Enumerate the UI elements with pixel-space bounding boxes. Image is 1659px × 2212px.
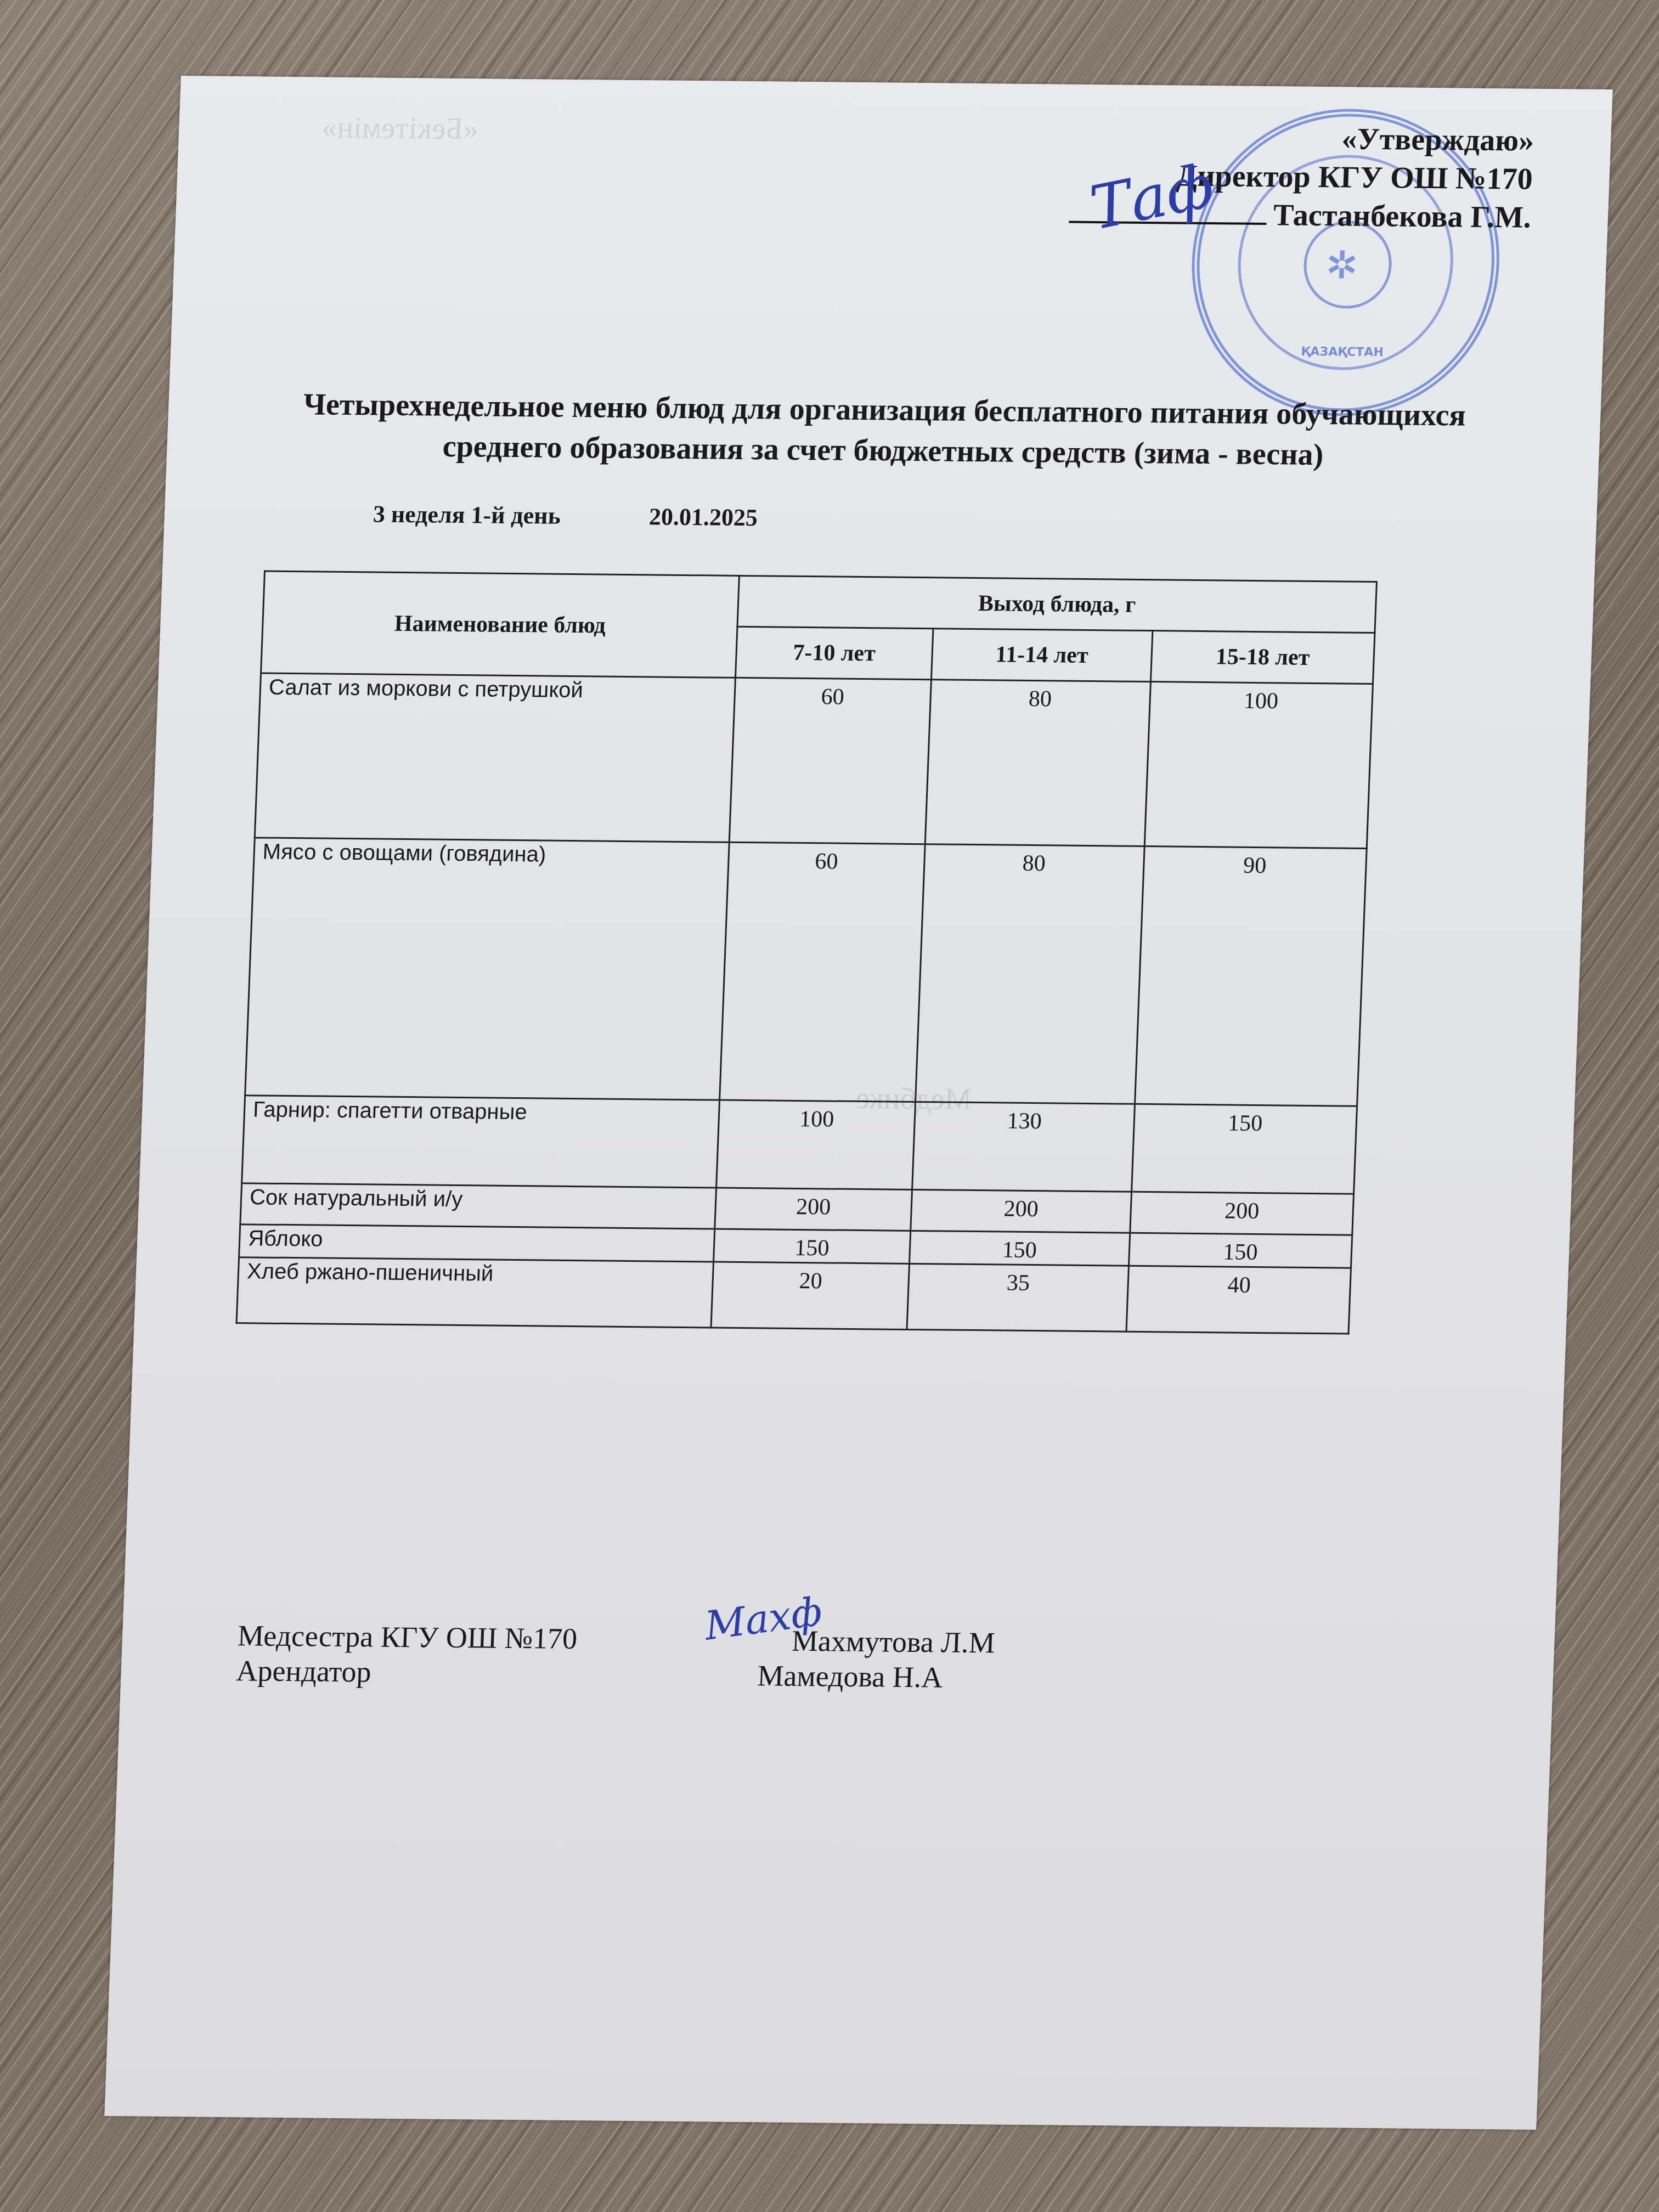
menu-table: Наименование блюд Выход блюда, г 7-10 ле… xyxy=(236,571,1378,1335)
portion-weight: 200 xyxy=(911,1189,1132,1233)
portion-weight: 130 xyxy=(912,1102,1135,1192)
document-title: Четырехнедельное меню блюд для организац… xyxy=(166,383,1601,478)
approval-heading: «Утверждаю» xyxy=(1071,117,1535,160)
portion-weight: 35 xyxy=(907,1263,1128,1331)
nurse-role: Медсестра КГУ ОШ №170 xyxy=(237,1618,666,1657)
portion-weight: 60 xyxy=(729,678,931,844)
bleed-through-text: «Бекітемін» xyxy=(321,110,479,147)
menu-date: 20.01.2025 xyxy=(648,503,758,531)
table-row: Салат из моркови с петрушкой6080100 xyxy=(255,673,1373,848)
portion-weight: 100 xyxy=(1144,682,1373,849)
signature-line xyxy=(1069,199,1267,225)
portion-weight: 80 xyxy=(916,844,1144,1104)
portion-weight: 80 xyxy=(925,680,1150,847)
dish-name: Яблоко xyxy=(239,1224,715,1262)
tenant-name: Мамедова Н.А xyxy=(757,1658,944,1695)
week-day-line: 3 неделя 1-й день 20.01.2025 xyxy=(373,500,758,532)
tenant-role: Арендатор xyxy=(236,1653,758,1693)
column-header-output: Выход блюда, г xyxy=(737,575,1376,633)
portion-weight: 150 xyxy=(1128,1233,1352,1268)
portion-weight: 100 xyxy=(716,1100,916,1189)
week-label: 3 неделя 1-й день xyxy=(373,500,561,529)
dish-name: Хлеб ржано-пшеничный xyxy=(236,1257,713,1328)
portion-weight: 200 xyxy=(1130,1192,1354,1235)
dish-name: Мясо с овощами (говядина) xyxy=(245,838,730,1100)
portion-weight: 40 xyxy=(1126,1266,1351,1334)
portion-weight: 60 xyxy=(720,842,926,1102)
menu-document-page: «Бекітемін» Медбике ✲ ҚАЗАҚСТАН «Утвержд… xyxy=(104,76,1612,2130)
approval-block: «Утверждаю» Директор КГУ ОШ №170 Тастанб… xyxy=(1069,117,1535,237)
table-row: Мясо с овощами (говядина)608090 xyxy=(245,838,1367,1106)
signatures-footer: Медсестра КГУ ОШ №170 Махмутова Л.М Арен… xyxy=(236,1618,996,1695)
column-header-age-11-14: 11-14 лет xyxy=(931,629,1152,682)
column-header-age-7-10: 7-10 лет xyxy=(736,627,933,679)
approver-position: Директор КГУ ОШ №170 xyxy=(1070,156,1533,199)
nurse-name: Махмутова Л.М xyxy=(791,1623,996,1661)
dish-name: Салат из моркови с петрушкой xyxy=(255,673,735,842)
portion-weight: 20 xyxy=(711,1262,909,1329)
stamp-label: ҚАЗАҚСТАН xyxy=(1196,344,1488,360)
emblem-icon: ✲ xyxy=(1325,242,1359,288)
dish-name: Сок натуральный и/у xyxy=(240,1183,716,1229)
portion-weight: 90 xyxy=(1135,846,1367,1106)
table-row: Гарнир: спагетти отварные100130150 xyxy=(242,1096,1357,1194)
portion-weight: 150 xyxy=(1131,1104,1357,1194)
portion-weight: 150 xyxy=(714,1229,911,1263)
approver-name: Тастанбекова Г.М. xyxy=(1273,198,1532,234)
dish-name: Гарнир: спагетти отварные xyxy=(242,1096,720,1188)
column-header-age-15-18: 15-18 лет xyxy=(1150,631,1375,684)
table-row: Хлеб ржано-пшеничный203540 xyxy=(236,1257,1351,1334)
portion-weight: 200 xyxy=(715,1188,912,1231)
portion-weight: 150 xyxy=(909,1231,1130,1266)
column-header-dish-name: Наименование блюд xyxy=(261,571,740,678)
